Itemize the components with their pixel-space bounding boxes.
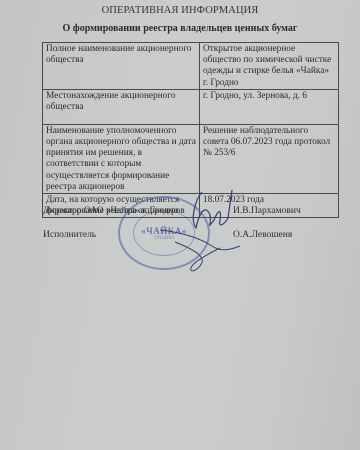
row-value: г. Гродно, ул. Зернова, д. 6	[200, 89, 339, 124]
director-name: И.В.Пархамович	[233, 206, 301, 216]
director-title: Директор ОАО «Чайка» г. Гродно	[43, 206, 178, 216]
document-title: ОПЕРАТИВНАЯ ИНФОРМАЦИЯ	[0, 5, 360, 16]
executor-title: Исполнитель	[43, 230, 96, 240]
executor-name: О.А.Левошеня	[233, 230, 292, 240]
signature-icon	[140, 180, 250, 275]
row-label: Местонахождение акционерного общества	[43, 89, 200, 124]
row-value: Открытое акционерное общество по химичес…	[200, 43, 339, 90]
document-subtitle: О формировании реестра владельцев ценных…	[0, 23, 360, 34]
row-label: Полное наименование акционерного обществ…	[43, 43, 200, 90]
table-row: Местонахождение акционерного общества г.…	[43, 89, 339, 124]
table-row: Полное наименование акционерного обществ…	[43, 43, 339, 90]
